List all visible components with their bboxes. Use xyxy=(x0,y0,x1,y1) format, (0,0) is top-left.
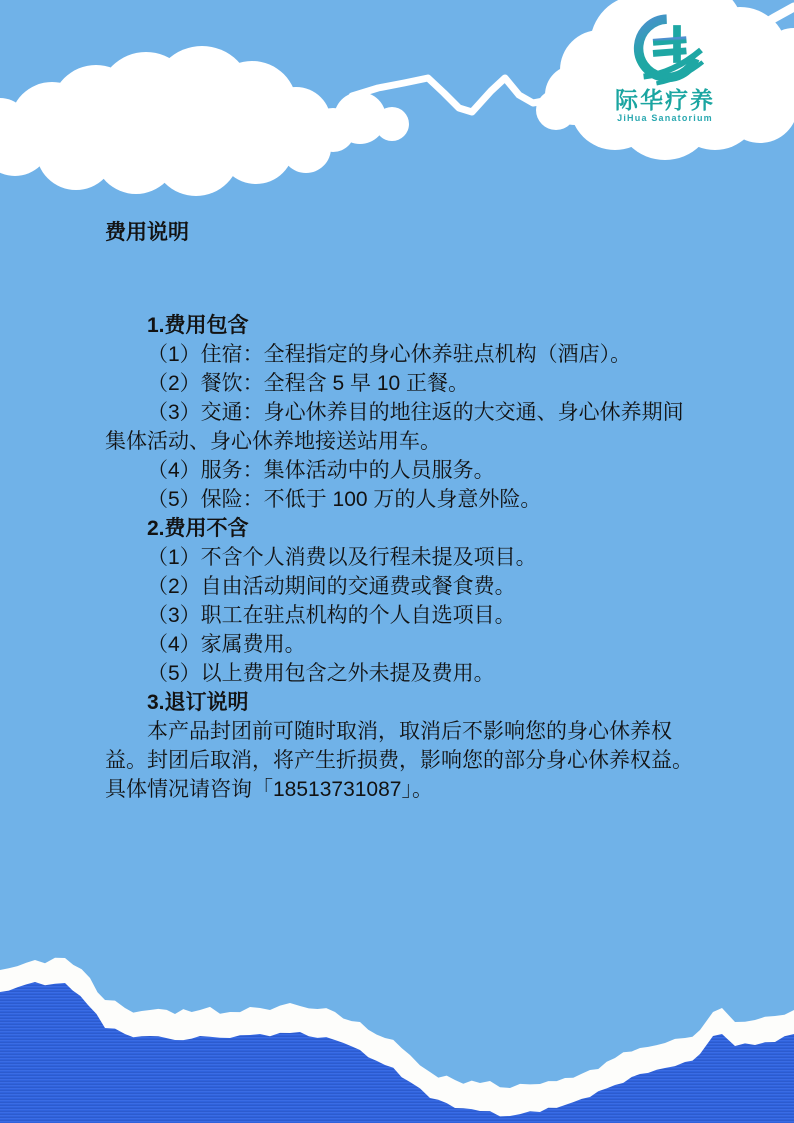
content-line: （5）保险：不低于 100 万的人身意外险。 xyxy=(105,485,735,514)
content-line: （1）不含个人消费以及行程未提及项目。 xyxy=(105,543,735,572)
content-line: （3）职工在驻点机构的个人自选项目。 xyxy=(105,601,735,630)
content-line: （2）餐饮：全程含 5 早 10 正餐。 xyxy=(105,369,735,398)
jihua-logo-icon xyxy=(626,14,704,86)
content-line: 2.费用不含 xyxy=(105,514,735,543)
content-line: 集体活动、身心休养地接送站用车。 xyxy=(105,427,735,456)
zigzag-contrail xyxy=(352,66,628,112)
content-line: （2）自由活动期间的交通费或餐食费。 xyxy=(105,572,735,601)
content-line: 具体情况请咨询「18513731087」。 xyxy=(105,775,735,804)
content-line: （3）交通：身心休养目的地往返的大交通、身心休养期间 xyxy=(105,398,735,427)
poster-page: 际华疗养 JiHua Sanatorium 费用说明 1.费用包含（1）住宿：全… xyxy=(0,0,794,1123)
bottom-wave xyxy=(0,950,794,1123)
cloud-left xyxy=(0,46,409,196)
jihua-logo: 际华疗养 JiHua Sanatorium xyxy=(601,14,729,124)
logo-en-text: JiHua Sanatorium xyxy=(601,113,729,124)
content-line: 益。封团后取消，将产生折损费，影响您的部分身心休养权益。 xyxy=(105,746,735,775)
fee-description: 费用说明 1.费用包含（1）住宿：全程指定的身心休养驻点机构（酒店）。（2）餐饮… xyxy=(105,218,735,804)
content-line: （4）服务：集体活动中的人员服务。 xyxy=(105,456,735,485)
content-line: 3.退订说明 xyxy=(105,688,735,717)
corner-contrail xyxy=(728,7,794,44)
content-line: （1）住宿：全程指定的身心休养驻点机构（酒店）。 xyxy=(105,340,735,369)
content-line: 本产品封团前可随时取消，取消后不影响您的身心休养权 xyxy=(105,717,735,746)
content-line: 1.费用包含 xyxy=(105,311,735,340)
fee-lines: 1.费用包含（1）住宿：全程指定的身心休养驻点机构（酒店）。（2）餐饮：全程含 … xyxy=(105,311,735,804)
page-title: 费用说明 xyxy=(105,218,735,247)
content-line: （5）以上费用包含之外未提及费用。 xyxy=(105,659,735,688)
content-line: （4）家属费用。 xyxy=(105,630,735,659)
logo-cn-text: 际华疗养 xyxy=(601,88,729,112)
